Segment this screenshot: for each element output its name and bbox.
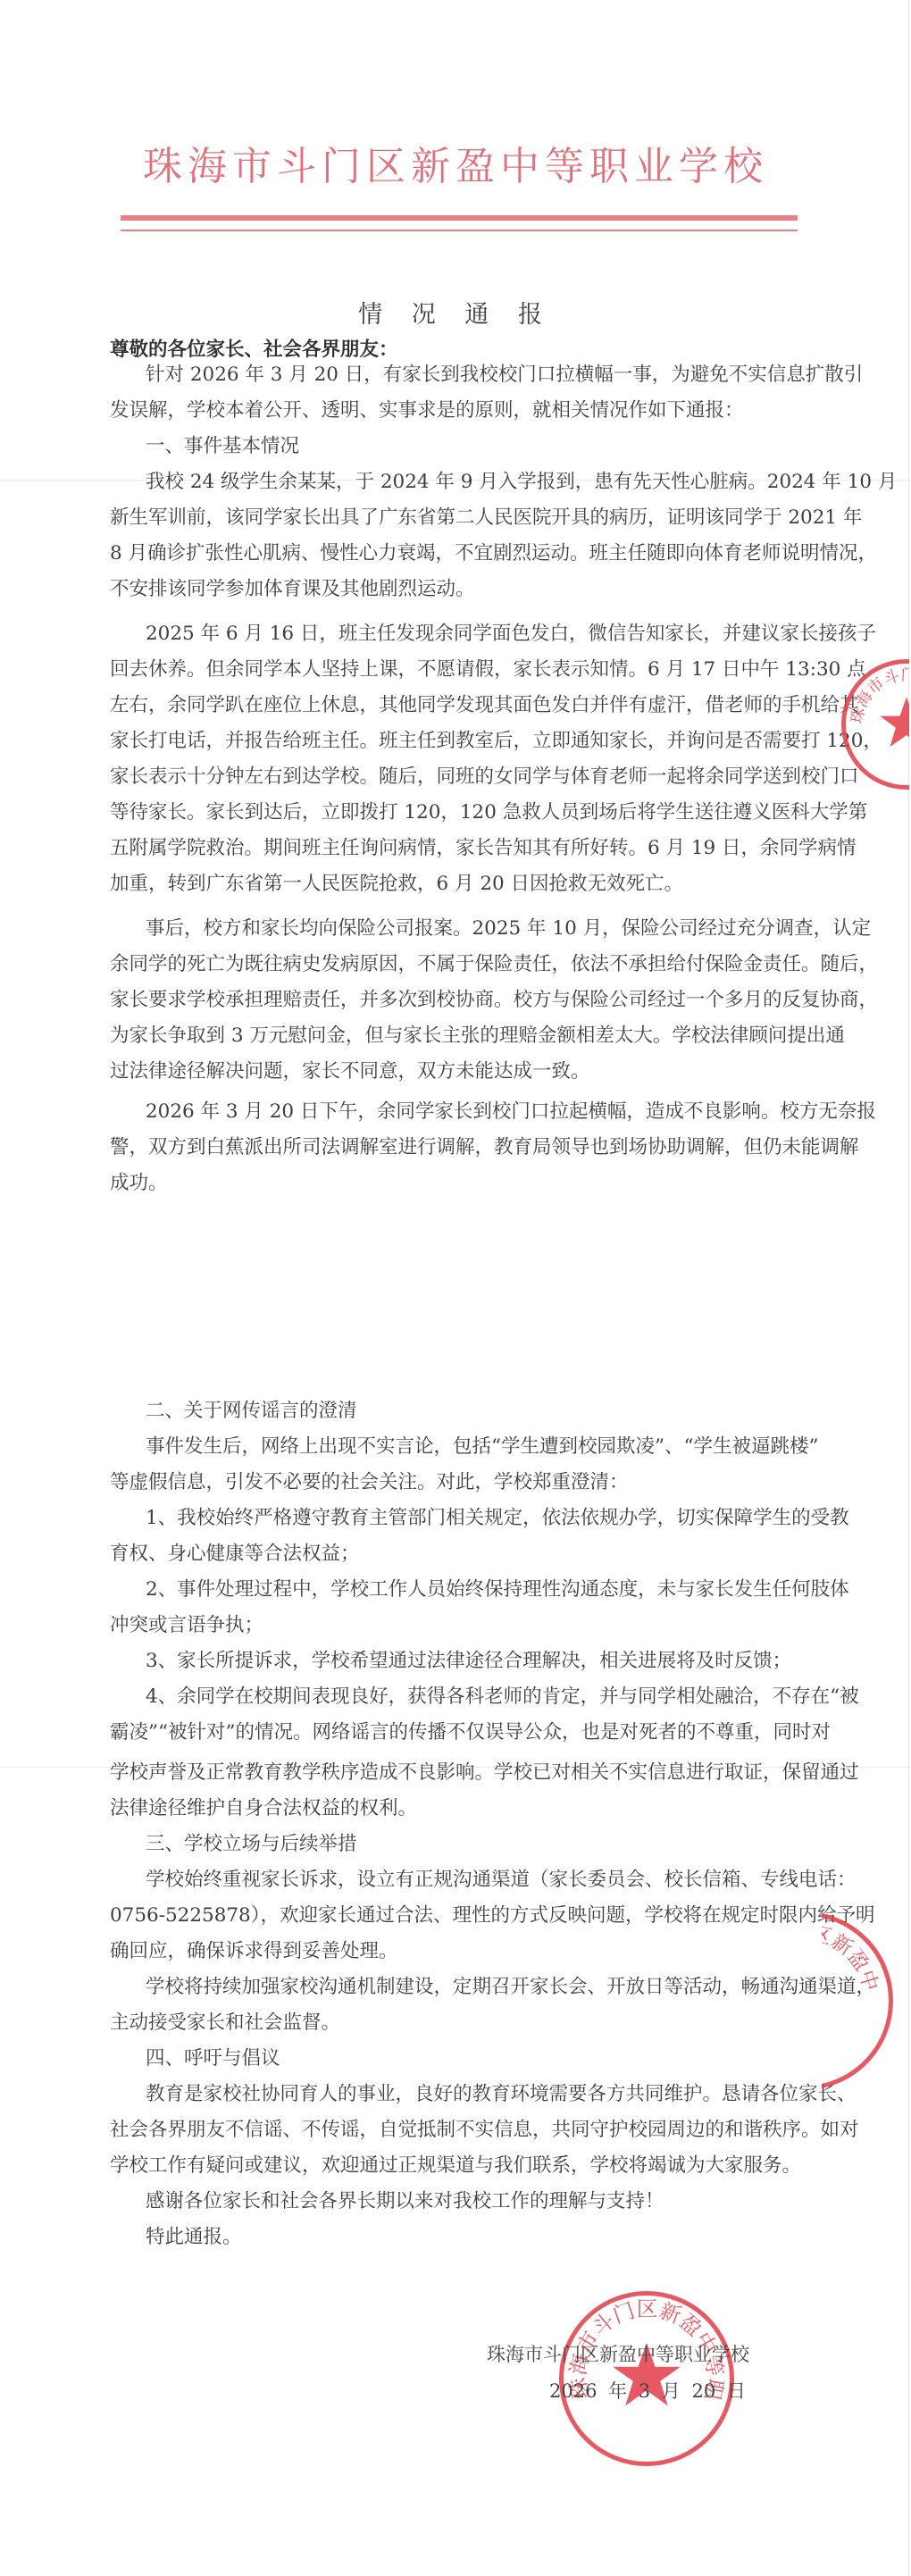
body-line: 学校工作有疑问或建议，欢迎通过正规渠道与我们联系，学校将竭诚为大家服务。 <box>110 2154 801 2179</box>
body-line: 成功。 <box>110 1171 168 1196</box>
letterhead-school-name: 珠海市斗门区新盈中等职业学校 <box>0 134 911 191</box>
body-line: 针对 2026 年 3 月 20 日，有家长到我校校门口拉横幅一事，为避免不实信… <box>146 363 863 388</box>
body-line: 二、关于网传谣言的澄清 <box>146 1399 357 1424</box>
body-line: 家长打电话，并报告给班主任。班主任到教室后，立即通知家长，并询问是否需要打 12… <box>110 729 882 754</box>
body-line: 为家长争取到 3 万元慰问金，但与家长主张的理赔金额相差太大。学校法律顾问提出通 <box>110 1024 845 1049</box>
body-line: 2、事件处理过程中，学校工作人员始终保持理性沟通态度，未与家长发生任何肢体 <box>146 1577 849 1602</box>
signature-organization: 珠海市斗门区新盈中等职业学校 <box>487 2340 749 2367</box>
stamp-ring-icon: 珠海市斗门区新盈中等职业学校 <box>822 1916 889 2086</box>
body-line: 2025 年 6 月 16 日，班主任发现余同学面色发白，微信告知家长，并建议家… <box>146 622 876 647</box>
body-line: 冲突或言语争执； <box>110 1613 263 1638</box>
body-line: 主动接受家长和社会监督。 <box>110 2011 340 2036</box>
body-line: 感谢各位家长和社会各界长期以来对我校工作的理解与支持！ <box>146 2189 664 2214</box>
body-line: 8 月确诊扩张性心肌病、慢性心力衰竭，不宜剧烈运动。班主任随即向体育老师说明情况… <box>110 541 877 566</box>
svg-text:珠海市斗门区新盈中等职业学校: 珠海市斗门区新盈中等职业学校 <box>822 1916 882 2002</box>
body-line: 法律途径维护自身合法权益的权利。 <box>110 1796 417 1821</box>
body-line: 三、学校立场与后续举措 <box>146 1832 357 1857</box>
document-title: 情 况 通 报 <box>0 295 911 330</box>
body-line: 家长要求学校承担理赔责任，并多次到校协商。校方与保险公司经过一个多月的反复协商， <box>110 988 878 1013</box>
body-line: 新生军训前，该同学家长出具了广东省第二人民医院开具的病历，证明该同学于 2021… <box>110 506 862 531</box>
body-line: 4、余同学在校期间表现良好，获得各科老师的肯定，并与同学相处融洽，不存在“被 <box>146 1685 859 1710</box>
body-line: 特此通报。 <box>146 2225 242 2250</box>
seam-stamp-fragment-top: 珠海市斗门区新盈中等职业学校 <box>841 659 909 790</box>
body-line: 五附属学院救治。期间班主任询问病情，家长告知其有所好转。6 月 19 日，余同学… <box>110 836 857 861</box>
body-line: 3、家长所提诉求，学校希望通过法律途径合理解决，相关进展将及时反馈； <box>146 1649 791 1674</box>
body-line: 0756-5225878），欢迎家长通过合法、理性的方式反映问题，学校将在规定时… <box>110 1903 875 1928</box>
salutation: 尊敬的各位家长、社会各界朋友： <box>110 338 398 363</box>
body-line: 社会各界朋友不信谣、不传谣，自觉抵制不实信息，共同守护校园周边的和谐秩序。如对 <box>110 2118 859 2143</box>
body-line: 1、我校始终严格遵守教育主管部门相关规定，依法依规办学，切实保障学生的受教 <box>146 1506 849 1531</box>
body-line: 学校将持续加强家校沟通机制建设，定期召开家长会、开放日等活动，畅通沟通渠道， <box>146 1975 875 2000</box>
body-line: 发误解，学校本着公开、透明、实事求是的原则，就相关情况作如下通报： <box>110 398 744 423</box>
body-line: 过法律途径解决问题，家长不同意，双方未能达成一致。 <box>110 1059 590 1084</box>
body-line: 余同学的死亡为既往病史发病原因，不属于保险责任，依法不承担给付保险金责任。随后， <box>110 952 878 977</box>
letterhead-rule-thin <box>121 230 798 231</box>
document-page: 珠海市斗门区新盈中等职业学校 情 况 通 报 尊敬的各位家长、社会各界朋友： 针… <box>0 0 911 2576</box>
body-line: 回去休养。但余同学本人坚持上课，不愿请假，家长表示知情。6 月 17 日中午 1… <box>110 657 866 682</box>
body-line: 确回应，确保诉求得到妥善处理。 <box>110 1939 398 1964</box>
body-line: 学校声誉及正常教育教学秩序造成不良影响。学校已对相关不实信息进行取证，保留通过 <box>110 1761 859 1786</box>
signature-date: 2026 年 3 月 20 日 <box>549 2377 746 2404</box>
page-edge <box>908 0 909 2576</box>
body-line: 等虚假信息，引发不必要的社会关注。对此，学校郑重澄清： <box>110 1470 629 1495</box>
body-line: 一、事件基本情况 <box>146 434 299 459</box>
body-line: 事后，校方和家长均向保险公司报案。2025 年 10 月，保险公司经过充分调查，… <box>146 916 871 941</box>
stamp-icon: 珠海市斗门区新盈中等职业学校 <box>822 1911 893 2090</box>
body-line: 霸凌”“被针对”的情况。网络谣言的传播不仅误导公众，也是对死者的不尊重，同时对 <box>110 1720 831 1745</box>
body-line: 不安排该同学参加体育课及其他剧烈运动。 <box>110 577 475 602</box>
body-line: 警，双方到白蕉派出所司法调解室进行调解，教育局领导也到场协助调解，但仍未能调解 <box>110 1135 859 1160</box>
body-line: 四、呼吁与倡议 <box>146 2046 280 2071</box>
body-line: 2026 年 3 月 20 日下午，余同学家长到校门口拉起横幅，造成不良影响。校… <box>146 1100 876 1125</box>
body-line: 学校始终重视家长诉求，设立有正规沟通渠道（家长委员会、校长信箱、专线电话： <box>146 1868 857 1893</box>
seam-stamp-fragment-bottom: 珠海市斗门区新盈中等职业学校 <box>822 1911 893 2090</box>
stamp-ring-icon: 珠海市斗门区新盈中等职业学校 <box>846 664 909 785</box>
letterhead-rule-thick <box>121 215 798 221</box>
body-line: 我校 24 级学生余某某，于 2024 年 9 月入学报到，患有先天性心脏病。2… <box>146 470 897 495</box>
body-line: 加重，转到广东省第一人民医院抢救，6 月 20 日因抢救无效死亡。 <box>110 872 683 897</box>
body-line: 教育是家校社协同育人的事业，良好的教育环境需要各方共同维护。恳请各位家长、 <box>146 2082 857 2107</box>
body-line: 等待家长。家长到达后，立即拨打 120，120 急救人员到场后将学生送往遵义医科… <box>110 800 867 825</box>
body-line: 事件发生后，网络上出现不实言论，包括“学生遭到校园欺凌”、“学生被逼跳楼” <box>146 1434 818 1459</box>
stamp-icon: 珠海市斗门区新盈中等职业学校 <box>841 659 909 790</box>
body-line: 育权、身心健康等合法权益； <box>110 1542 360 1567</box>
body-line: 左右，余同学趴在座位上休息，其他同学发现其面色发白并伴有虚汗，借老师的手机给其 <box>110 693 859 718</box>
body-line: 家长表示十分钟左右到达学校。随后，同班的女同学与体育老师一起将余同学送到校门口 <box>110 765 859 790</box>
